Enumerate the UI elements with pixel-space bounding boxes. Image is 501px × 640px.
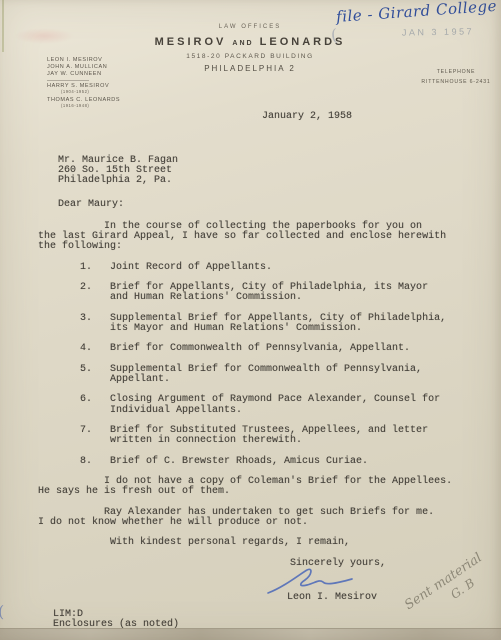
letter-date: January 2, 1958 bbox=[262, 112, 352, 122]
recipient-city: Philadelphia 2, Pa. bbox=[58, 176, 178, 186]
scan-streak bbox=[2, 0, 4, 52]
memorial-attorney-dates: (1904-1952) bbox=[61, 90, 120, 95]
telephone-block: TELEPHONE RITTENHOUSE 6-2431 bbox=[408, 67, 501, 87]
telephone-number: RITTENHOUSE 6-2431 bbox=[408, 77, 501, 87]
firm-address: 1518-20 PACKARD BUILDING bbox=[140, 53, 360, 60]
scanned-letter-page: LAW OFFICES MESIROV AND LEONARDS 1518-20… bbox=[0, 0, 501, 640]
pen-mark-bottom-left: ( bbox=[0, 602, 4, 621]
memorial-attorney-dates: (1916-1948) bbox=[61, 104, 120, 109]
attorney-name: JAY W. CUNNEEN bbox=[47, 71, 120, 78]
letterhead-center: LAW OFFICES MESIROV AND LEONARDS 1518-20… bbox=[140, 24, 360, 73]
signature-name: Leon I. Mesirov bbox=[287, 593, 377, 603]
attorney-list-divider bbox=[47, 80, 89, 81]
letter-body: In the course of collecting the paperboo… bbox=[38, 222, 452, 569]
received-date-stamp: JAN 3 1957 bbox=[402, 26, 474, 37]
attorney-name: LEON I. MESIROV bbox=[47, 57, 120, 64]
recipient-address: Mr. Maurice B. Fagan260 So. 15th StreetP… bbox=[58, 156, 178, 187]
telephone-label: TELEPHONE bbox=[408, 67, 501, 77]
attorney-list: LEON I. MESIROV JOHN A. MULLICAN JAY W. … bbox=[47, 57, 120, 110]
firm-name: MESIROV AND LEONARDS bbox=[140, 36, 360, 48]
smudge-mark bbox=[14, 28, 74, 44]
firm-name-first: MESIROV bbox=[155, 36, 227, 48]
scan-bottom-edge bbox=[0, 628, 501, 640]
firm-city: PHILADELPHIA 2 bbox=[140, 64, 360, 73]
law-offices-label: LAW OFFICES bbox=[140, 24, 360, 30]
salutation: Dear Maury: bbox=[58, 200, 124, 210]
attorney-name: JOHN A. MULLICAN bbox=[47, 64, 120, 71]
handwritten-file-note: file - Girard College bbox=[336, 0, 501, 26]
firm-name-and: AND bbox=[232, 40, 253, 47]
